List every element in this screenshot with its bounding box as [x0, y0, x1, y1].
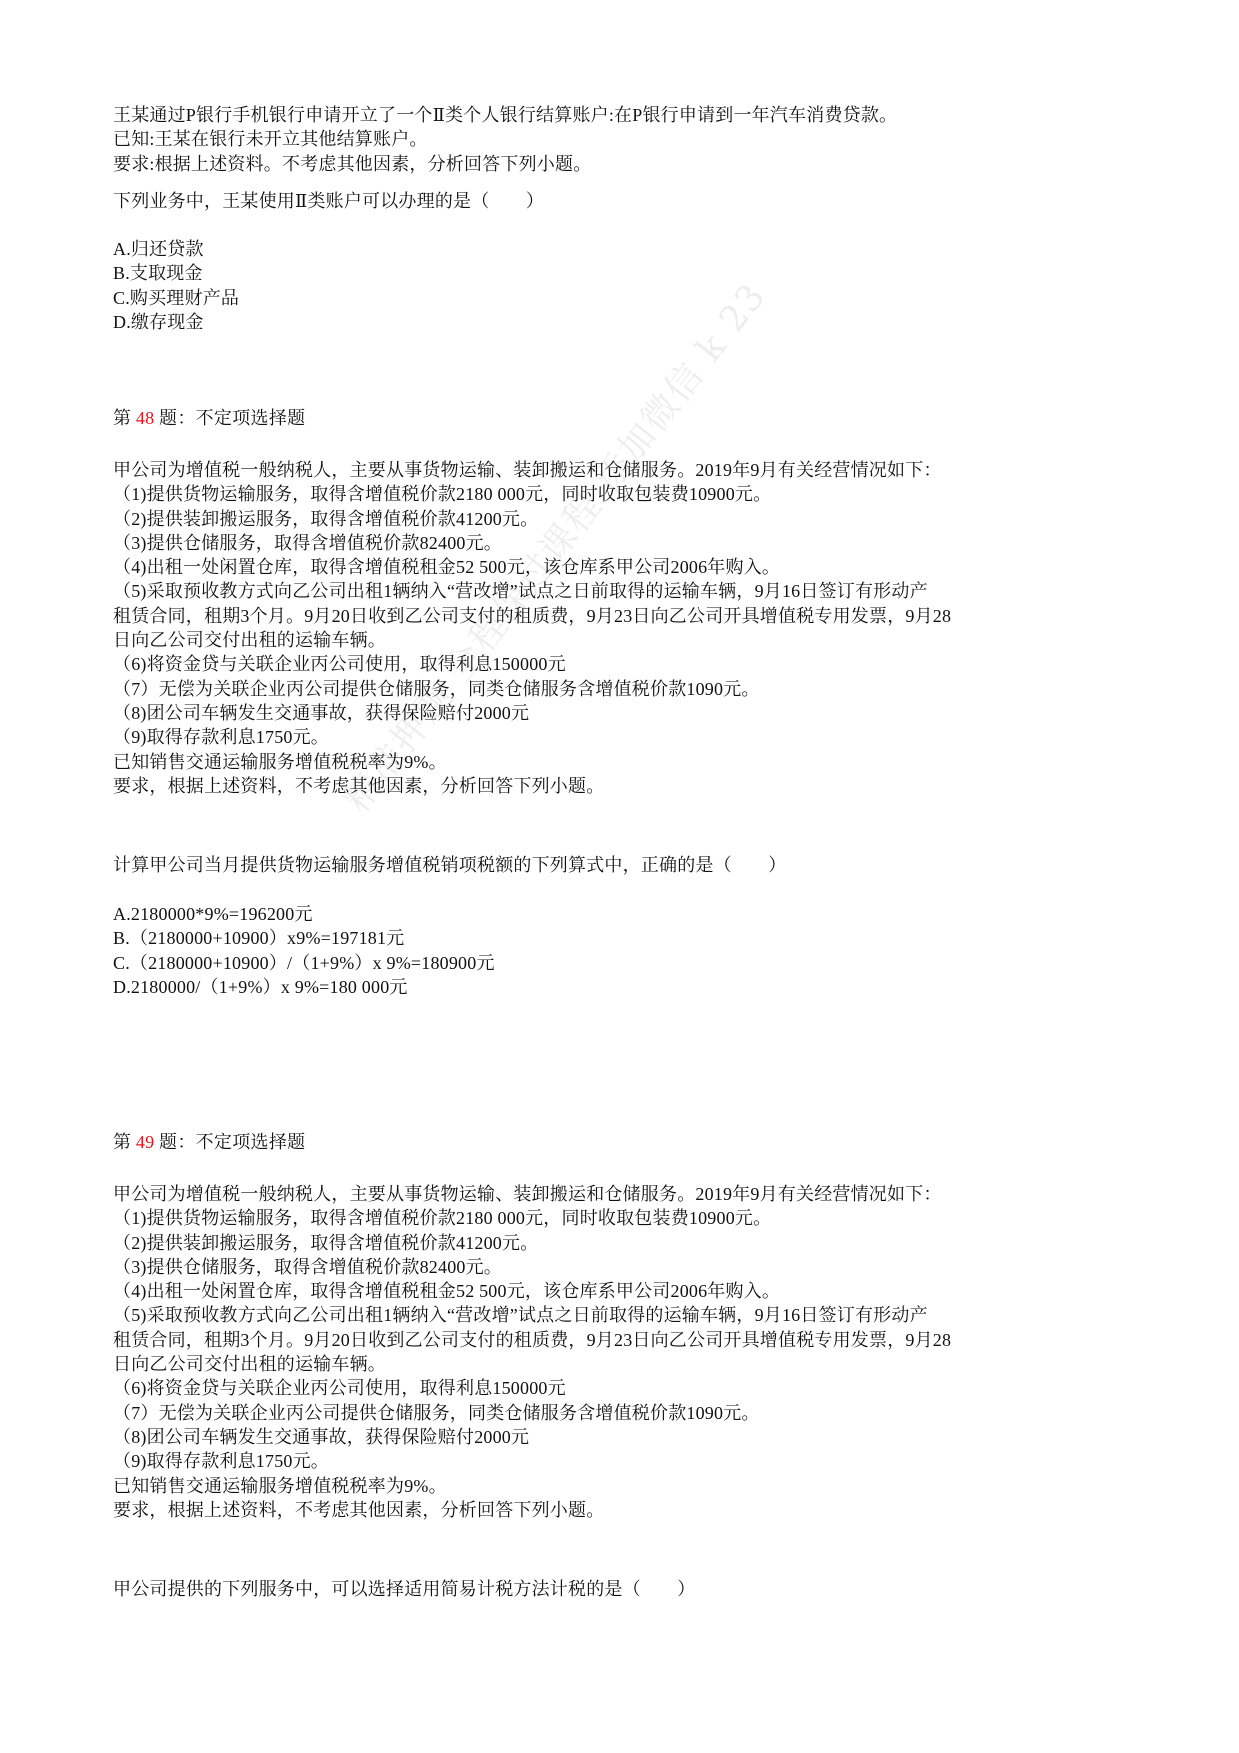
question-prefix: 第 [113, 408, 131, 428]
body-line: 已知销售交通运输服务增值税税率为9%。 [113, 1474, 1153, 1498]
option-d[interactable]: D.缴存现金 [113, 310, 1153, 334]
body-line: （4)出租一处闲置仓库，取得含增值税租金52 500元，该仓库系甲公司2006年… [113, 1279, 1153, 1303]
option-c[interactable]: C.（2180000+10900）/（1+9%）x 9%=180900元 [113, 951, 1153, 975]
body-line: 租赁合同，租期3个月。9月20日收到乙公司支付的租质费，9月23日向乙公司开具增… [113, 604, 1153, 628]
question-stem: 甲公司提供的下列服务中，可以选择适用简易计税方法计税的是（ ） [113, 1577, 1153, 1601]
body-line: 已知销售交通运输服务增值税税率为9%。 [113, 750, 1153, 774]
body-line: （1)提供货物运输服务，取得含增值税价款2180 000元，同时收取包装费109… [113, 482, 1153, 506]
body-line: （8)团公司车辆发生交通事故，获得保险赔付2000元 [113, 1425, 1153, 1449]
body-line: （9)取得存款利息1750元。 [113, 725, 1153, 749]
body-line: 甲公司为增值税一般纳税人，主要从事货物运输、装卸搬运和仓储服务。2019年9月有… [113, 458, 1153, 482]
question-48-body: 甲公司为增值税一般纳税人，主要从事货物运输、装卸搬运和仓储服务。2019年9月有… [113, 458, 1153, 798]
intro-options: A.归还贷款 B.支取现金 C.购买理财产品 D.缴存现金 [113, 237, 1153, 334]
body-line: 要求，根据上述资料，不考虑其他因素，分析回答下列小题。 [113, 774, 1153, 798]
context-line: 要求:根据上述资料。不考虑其他因素，分析回答下列小题。 [113, 152, 1153, 176]
context-line: 已知:王某在银行未开立其他结算账户。 [113, 127, 1153, 151]
body-line: （1)提供货物运输服务，取得含增值税价款2180 000元，同时收取包装费109… [113, 1206, 1153, 1230]
body-line: （5)采取预收教方式向乙公司出租1辆纳入“营改增”试点之日前取得的运输车辆，9月… [113, 1303, 1153, 1327]
question-49-header: 第 49 题：不定项选择题 [113, 1130, 1153, 1154]
question-stem: 计算甲公司当月提供货物运输服务增值税销项税额的下列算式中，正确的是（ ） [113, 853, 1153, 877]
context-line: 王某通过P银行手机银行申请开立了一个Ⅱ类个人银行结算账户:在P银行申请到一年汽车… [113, 103, 1153, 127]
body-line: （9)取得存款利息1750元。 [113, 1449, 1153, 1473]
body-line: （2)提供装卸搬运服务，取得含增值税价款41200元。 [113, 507, 1153, 531]
option-b[interactable]: B.支取现金 [113, 261, 1153, 285]
question-type: 题：不定项选择题 [159, 408, 305, 428]
option-a[interactable]: A.2180000*9%=196200元 [113, 902, 1153, 926]
question-49-stem: 甲公司提供的下列服务中，可以选择适用简易计税方法计税的是（ ） [113, 1577, 1153, 1601]
body-line: （2)提供装卸搬运服务，取得含增值税价款41200元。 [113, 1231, 1153, 1255]
option-c[interactable]: C.购买理财产品 [113, 286, 1153, 310]
body-line: 甲公司为增值税一般纳税人，主要从事货物运输、装卸搬运和仓储服务。2019年9月有… [113, 1182, 1153, 1206]
question-stem: 下列业务中，王某使用Ⅱ类账户可以办理的是（ ） [113, 189, 1153, 213]
question-48-stem: 计算甲公司当月提供货物运输服务增值税销项税额的下列算式中，正确的是（ ） [113, 853, 1153, 877]
body-line: （3)提供仓储服务，取得含增值税价款82400元。 [113, 531, 1153, 555]
option-a[interactable]: A.归还贷款 [113, 237, 1153, 261]
question-48-header: 第 48 题：不定项选择题 [113, 406, 1153, 430]
question-number: 49 [136, 1132, 154, 1152]
body-line: （8)团公司车辆发生交通事故，获得保险赔付2000元 [113, 701, 1153, 725]
body-line: 日向乙公司交付出租的运输车辆。 [113, 1352, 1153, 1376]
question-number: 48 [136, 408, 154, 428]
body-line: （7）无偿为关联企业丙公司提供仓储服务，同类仓储服务含增值税价款1090元。 [113, 1401, 1153, 1425]
body-line: 日向乙公司交付出租的运输车辆。 [113, 628, 1153, 652]
body-line: （4)出租一处闲置仓库，取得含增值税租金52 500元，该仓库系甲公司2006年… [113, 555, 1153, 579]
body-line: （7）无偿为关联企业丙公司提供仓储服务，同类仓储服务含增值税价款1090元。 [113, 677, 1153, 701]
body-line: 要求，根据上述资料，不考虑其他因素，分析回答下列小题。 [113, 1498, 1153, 1522]
body-line: （6)将资金贷与关联企业丙公司使用，取得利息150000元 [113, 652, 1153, 676]
intro-context: 王某通过P银行手机银行申请开立了一个Ⅱ类个人银行结算账户:在P银行申请到一年汽车… [113, 103, 1153, 176]
question-49-body: 甲公司为增值税一般纳税人，主要从事货物运输、装卸搬运和仓储服务。2019年9月有… [113, 1182, 1153, 1522]
question-48-options: A.2180000*9%=196200元 B.（2180000+10900）x9… [113, 902, 1153, 999]
body-line: 租赁合同，租期3个月。9月20日收到乙公司支付的租质费，9月23日向乙公司开具增… [113, 1328, 1153, 1352]
option-b[interactable]: B.（2180000+10900）x9%=197181元 [113, 926, 1153, 950]
intro-question: 下列业务中，王某使用Ⅱ类账户可以办理的是（ ） [113, 189, 1153, 213]
question-prefix: 第 [113, 1132, 131, 1152]
option-d[interactable]: D.2180000/（1+9%）x 9%=180 000元 [113, 975, 1153, 999]
body-line: （5)采取预收教方式向乙公司出租1辆纳入“营改增”试点之日前取得的运输车辆，9月… [113, 579, 1153, 603]
question-type: 题：不定项选择题 [159, 1132, 305, 1152]
body-line: （6)将资金贷与关联企业丙公司使用，取得利息150000元 [113, 1376, 1153, 1400]
body-line: （3)提供仓储服务，取得含增值税价款82400元。 [113, 1255, 1153, 1279]
